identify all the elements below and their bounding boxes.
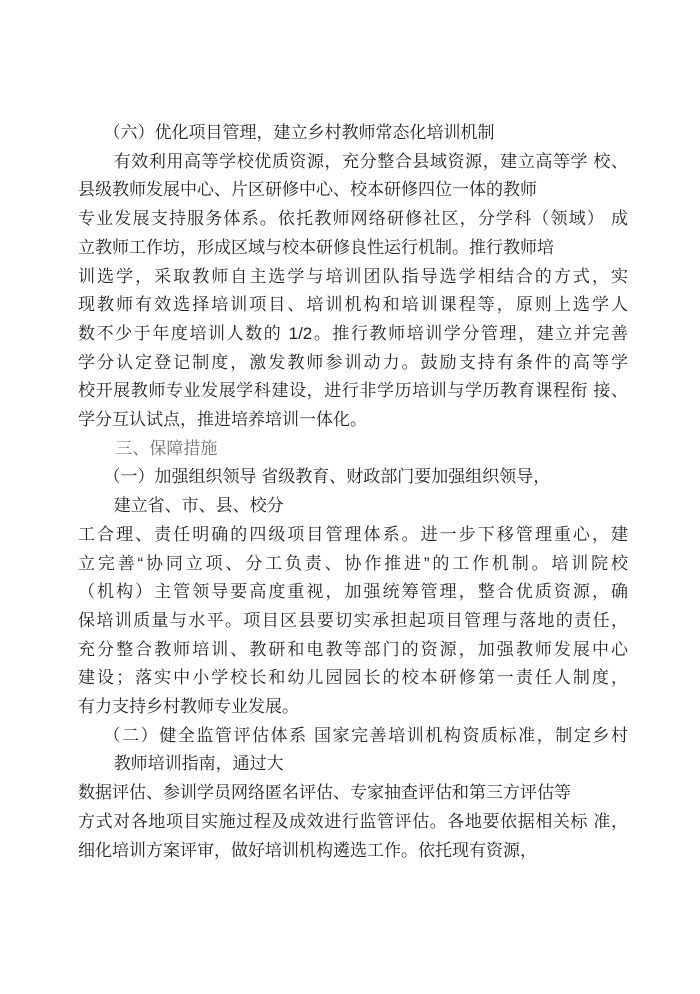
document-line: 建立省、市、县、校分 — [78, 492, 628, 521]
document-line: （一）加强组织领导 省级教育、财政部门要加强组织领导， — [78, 463, 628, 492]
document-line: 训选学，采取教师自主选学与培训团队指导选学相结合的方式，实 — [78, 263, 628, 292]
document-line: 立完善“协同立项、分工负责、协作推进”的工作机制。培训院校 — [78, 550, 628, 579]
document-line: 三、保障措施 — [78, 435, 628, 464]
document-text-block: （六）优化项目管理，建立乡村教师常态化培训机制有效利用高等学校优质资源，充分整合… — [78, 119, 628, 865]
document-line: 保培训质量与水平。项目区县要切实承担起项目管理与落地的责任， — [78, 607, 628, 636]
document-line: 有效利用高等学校优质资源，充分整合县域资源，建立高等学 校、 — [78, 148, 628, 177]
document-line: （机构）主管领导要高度重视，加强统筹管理，整合优质资源，确 — [78, 578, 628, 607]
document-line: 学分认定登记制度，激发教师参训动力。鼓励支持有条件的高等学 — [78, 349, 628, 378]
document-line: 数不少于年度培训人数的 1/2。推行教师培训学分管理，建立并完善 — [78, 320, 628, 349]
document-line: 现教师有效选择培训项目、培训机构和培训课程等，原则上选学人 — [78, 291, 628, 320]
document-line: 方式对各地项目实施过程及成效进行监管评估。各地要依据相关标 准， — [78, 808, 628, 837]
document-line: 建设；落实中小学校长和幼儿园园长的校本研修第一责任人制度， — [78, 664, 628, 693]
document-line: 工合理、责任明确的四级项目管理体系。进一步下移管理重心，建 — [78, 521, 628, 550]
document-line: 有力支持乡村教师专业发展。 — [78, 693, 628, 722]
document-line: 教师培训指南，通过大 — [78, 750, 628, 779]
document-line: （六）优化项目管理，建立乡村教师常态化培训机制 — [78, 119, 628, 148]
document-line: 学分互认试点，推进培养培训一体化。 — [78, 406, 628, 435]
document-line: 立教师工作坊，形成区域与校本研修良性运行机制。推行教师培 — [78, 234, 628, 263]
document-line: 数据评估、参训学员网络匿名评估、专家抽查评估和第三方评估等 — [78, 779, 628, 808]
document-line: 县级教师发展中心、片区研修中心、校本研修四位一体的教师 — [78, 176, 628, 205]
document-line: 充分整合教师培训、教研和电教等部门的资源，加强教师发展中心 — [78, 636, 628, 665]
document-line: 细化培训方案评审，做好培训机构遴选工作。依托现有资源， — [78, 837, 628, 866]
document-line: （二）健全监管评估体系 国家完善培训机构资质标准，制定乡村 — [78, 722, 628, 751]
document-line: 校开展教师专业发展学科建设，进行非学历培训与学历教育课程衔 接、 — [78, 377, 628, 406]
document-page: （六）优化项目管理，建立乡村教师常态化培训机制有效利用高等学校优质资源，充分整合… — [0, 0, 700, 994]
document-line: 专业发展支持服务体系。依托教师网络研修社区，分学科（领域） 成 — [78, 205, 628, 234]
